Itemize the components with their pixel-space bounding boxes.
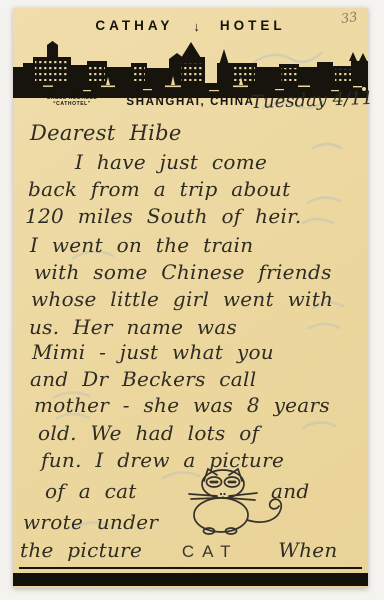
letter-line-wrote-under: wrote under	[23, 509, 158, 535]
final-line-start: the picture	[20, 538, 142, 562]
letter-line: us. Her name was	[29, 314, 237, 340]
letter-page: 33 CATHAY ↓ HOTEL	[13, 8, 368, 588]
bottom-black-bar	[13, 573, 368, 586]
hotel-name-right: HOTEL	[220, 18, 286, 33]
letter-line: mother - she was 8 years	[34, 392, 330, 418]
letter-line: with some Chinese friends	[34, 259, 332, 285]
letter-line-final: the picture CAT When	[20, 537, 338, 565]
letter-line: I have just come	[75, 149, 267, 175]
letter-line: I went on the train	[30, 232, 253, 258]
hotel-name-left: CATHAY	[95, 18, 173, 33]
bottom-thin-rule	[19, 567, 362, 569]
letter-line: and Dr Beckers call	[30, 366, 256, 392]
letter-line: whose little girl went with	[31, 286, 333, 312]
letter-line: 120 miles South of heir.	[25, 203, 301, 229]
letter-line: back from a trip about	[28, 176, 290, 202]
salutation: Dearest Hibe	[30, 120, 182, 146]
letter-line: old. We had lots of	[38, 420, 259, 446]
final-line-end: When	[278, 538, 337, 562]
down-arrow-icon: ↓	[193, 19, 200, 34]
letterhead-title: CATHAY ↓ HOTEL	[13, 18, 368, 33]
cat-doodle	[183, 466, 303, 538]
letter-line: Mimi - just what you	[32, 339, 274, 365]
printed-cat-word: CAT	[182, 542, 239, 561]
letter-line-cat-before: of a cat	[45, 478, 137, 504]
handwritten-date: Tuesday 4/11	[251, 88, 374, 113]
